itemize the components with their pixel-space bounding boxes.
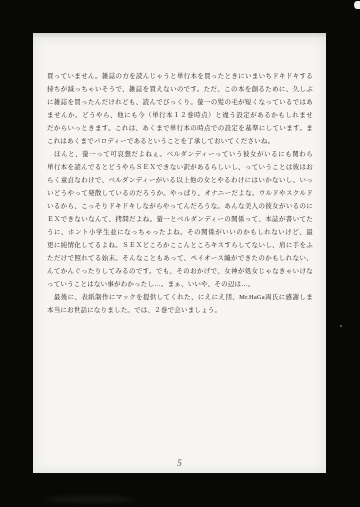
afterword-text: 買っていません。雑誌の方を読んじゃうと単行本を買ったときにいまいちドキドキする気… [47,70,313,317]
text-line: らく童貞なわけで、ベルダンディーがいる以上他の女とやるわけにはいかないし、いった [47,174,313,187]
text-line: 更に純情化してるよね。ＳＥＸどころかここんところキスすらしてないし、肩に手をふれ [47,239,313,252]
text-line: いどうやって発散しているのだろうか。やっぱり、オナニーだよな。ウルドやスクルドが [47,187,313,200]
text-line: 持ちが減っちゃいそうで、雑誌を買えないのです。ただ、この本を創るために、久しぶり [47,83,313,96]
text-line: んてかんぐったりしてみるのです。でも、そのおかげで、女神が処女じゃなきゃいけない [47,265,313,278]
page-number: 5 [33,458,326,468]
book-page: 買っていません。雑誌の方を読んじゃうと単行本を買ったときにいまいちドキドキする気… [33,33,326,473]
scan-dust-dot-right [340,325,342,327]
scan-dust-speck-top-right [354,1,360,9]
text-line: ＥＸできないなんて、拷問だよね。螢一とベルダンディーの関係って、本誌が書いてたよ [47,213,313,226]
scan-background: 買っていません。雑誌の方を読んじゃうと単行本を買ったときにいまいちドキドキする気… [0,0,360,507]
text-line: だからいっときます。これは、あくまで単行本の時点での設定を基準にしています。また… [47,122,313,135]
text-line: 単行本を読んでるとどうやらＳＥＸできない訳があるらしいし、っていうことは彼はおそ [47,161,313,174]
text-line: っていうことはない事がわかったし…。まぁ、いいや、その辺は…。 [47,278,313,291]
text-line: いるから、こっそりドキドキしながらやってんだろうな。あんな美人の彼女がいるのにＳ [47,200,313,213]
text-line: に雑誌を買ったんだけれども、読んでびっくり。螢一の髪の毛が短くなっているではあり [47,96,313,109]
text-line: ただけで照れてる始末。そんなこともあって、ペイオース編ができたのかもしれない、な [47,252,313,265]
scan-smudge-bottom-left [45,496,135,503]
text-line: これはあくまでパロディーであるということを了承しておいてくださいね。 [47,135,313,148]
text-line: 買っていません。雑誌の方を読んじゃうと単行本を買ったときにいまいちドキドキする気 [47,70,313,83]
text-line: 本当にお世話になりました。では、２巻で会いましょう。 [47,304,313,317]
text-line: 最後に、表紙制作にマックを提供してくれた、にえにえ団、Mr.HaGa両氏に感謝し… [47,291,313,304]
text-line: ほんと、螢一って可哀想だよねぇ。ベルダンディーっていう彼女がいるにも関わらず、 [47,148,313,161]
text-line: うに、ホント小学生並になっちゃったよね。その関係がいいのかもしれないけど、最近、 [47,226,313,239]
text-line: ませんか。どうやら、他にも今（単行本１２巻時点）と違う設定があるかもしれません。 [47,109,313,122]
